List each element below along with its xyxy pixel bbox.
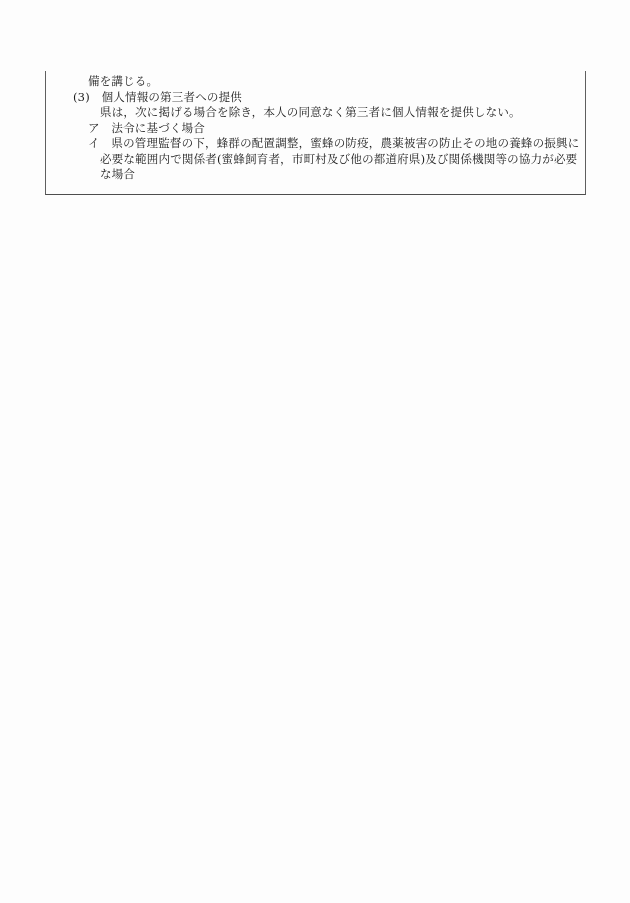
text-line: 必要な範囲内で関係者(蜜蜂飼育者，市町村及び他の都道府県)及び関係機関等の協力が…	[46, 152, 585, 168]
text-line: な場合	[46, 167, 585, 183]
text-line-item-i: イ 県の管理監督の下，蜂群の配置調整，蜜蜂の防疫，農薬被害の防止その地の養蜂の振…	[46, 136, 585, 152]
continued-table-box: 備を講じる。 (3) 個人情報の第三者への提供 県は，次に掲げる場合を除き，本人…	[45, 71, 586, 195]
text-line-item-a: ア 法令に基づく場合	[46, 121, 585, 137]
text-block: 備を講じる。 (3) 個人情報の第三者への提供 県は，次に掲げる場合を除き，本人…	[46, 74, 585, 183]
document-page: 備を講じる。 (3) 個人情報の第三者への提供 県は，次に掲げる場合を除き，本人…	[0, 0, 630, 903]
text-line: 備を講じる。	[46, 74, 585, 90]
text-line-item-3: (3) 個人情報の第三者への提供	[46, 90, 585, 106]
text-line: 県は，次に掲げる場合を除き，本人の同意なく第三者に個人情報を提供しない。	[46, 105, 585, 121]
